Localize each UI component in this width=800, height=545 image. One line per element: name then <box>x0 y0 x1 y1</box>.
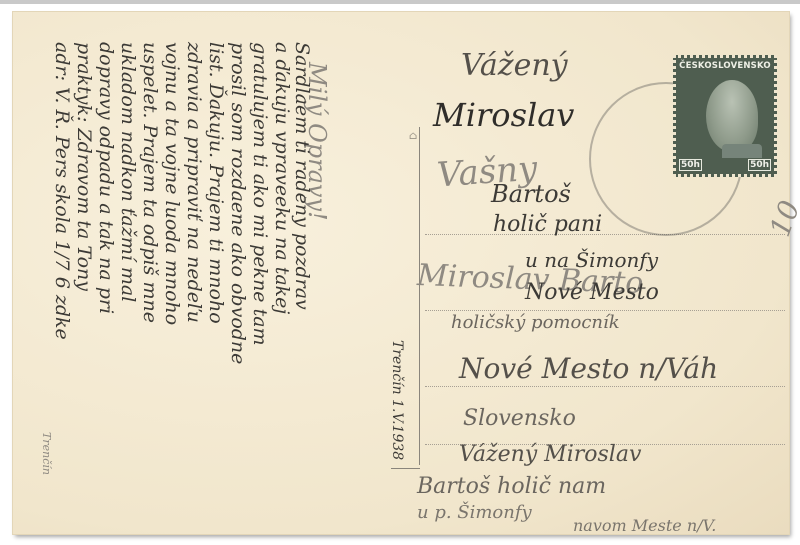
address-line: Bartoš <box>491 180 571 208</box>
center-divider <box>419 127 420 465</box>
address-rule <box>425 234 785 235</box>
message-line: dopravy odpadu a tak na pri <box>95 42 117 314</box>
address-line: Nové Mesto <box>525 280 659 305</box>
signature-small: Trenčín <box>40 432 53 475</box>
stamp-portrait <box>706 80 758 152</box>
address-line: Miroslav <box>433 96 574 134</box>
address-line: navom Meste n/V. <box>573 516 716 535</box>
message-line: list. Ďakuju. Prajem ti mnoho <box>205 42 227 324</box>
castle-icon: ⌂ <box>409 129 417 142</box>
postage-stamp: ČESKOSLOVENSKO 50h 50h <box>673 55 777 177</box>
stamp-value-left: 50h <box>679 159 702 171</box>
address-line: holič pani <box>493 212 602 237</box>
place-date: Trenčín 1.V.1938 <box>389 340 405 460</box>
stamp-portrait-shoulders <box>722 144 762 158</box>
message-line: uspelet. Prajem ta odpiš mne <box>139 42 161 323</box>
address-line: Nové Mesto n/Váh <box>459 352 718 385</box>
address-line: u na Šimonfy <box>525 248 658 272</box>
message-line: vojnu a ta vojne luoda mnoho <box>161 42 183 325</box>
divider-foot <box>391 468 420 469</box>
address-line: u p. Šimonfy <box>417 502 532 523</box>
address-line: Slovensko <box>463 406 576 431</box>
message-line: praktyk: Zdravom ta Tony <box>73 42 95 291</box>
message-line: a ďakuju vpraveeku na takej <box>271 42 293 314</box>
address-line: holičský pomocník <box>451 312 620 333</box>
address-line: Vážený Miroslav <box>459 442 641 467</box>
address-rule <box>425 310 785 311</box>
address-line: Vážený <box>461 48 568 83</box>
message-line: adr: V. Ř. Pers skola 1/7 6 zdke <box>51 42 73 340</box>
scan-top-edge <box>0 0 800 4</box>
message-line: zdravia a pripraviť na nedeľu <box>183 42 205 323</box>
message-line: gratulujem ti ako mi pekne tam <box>249 42 271 346</box>
stamp-country: ČESKOSLOVENSKO <box>676 61 774 71</box>
postcard-back: Milý Opravy! Milý Opravy! Sardlaem ti ra… <box>13 12 789 534</box>
address-rule <box>425 386 785 387</box>
stamp-value-right: 50h <box>748 159 771 171</box>
message-line: ukladom nadkon ťažmí mal <box>117 42 139 302</box>
message-line: prosil som rozdaene ako obvodne <box>227 42 249 364</box>
address-line: Bartoš holič nam <box>417 474 606 499</box>
message-line: Sardlaem ti radeny pozdrav <box>291 42 313 310</box>
